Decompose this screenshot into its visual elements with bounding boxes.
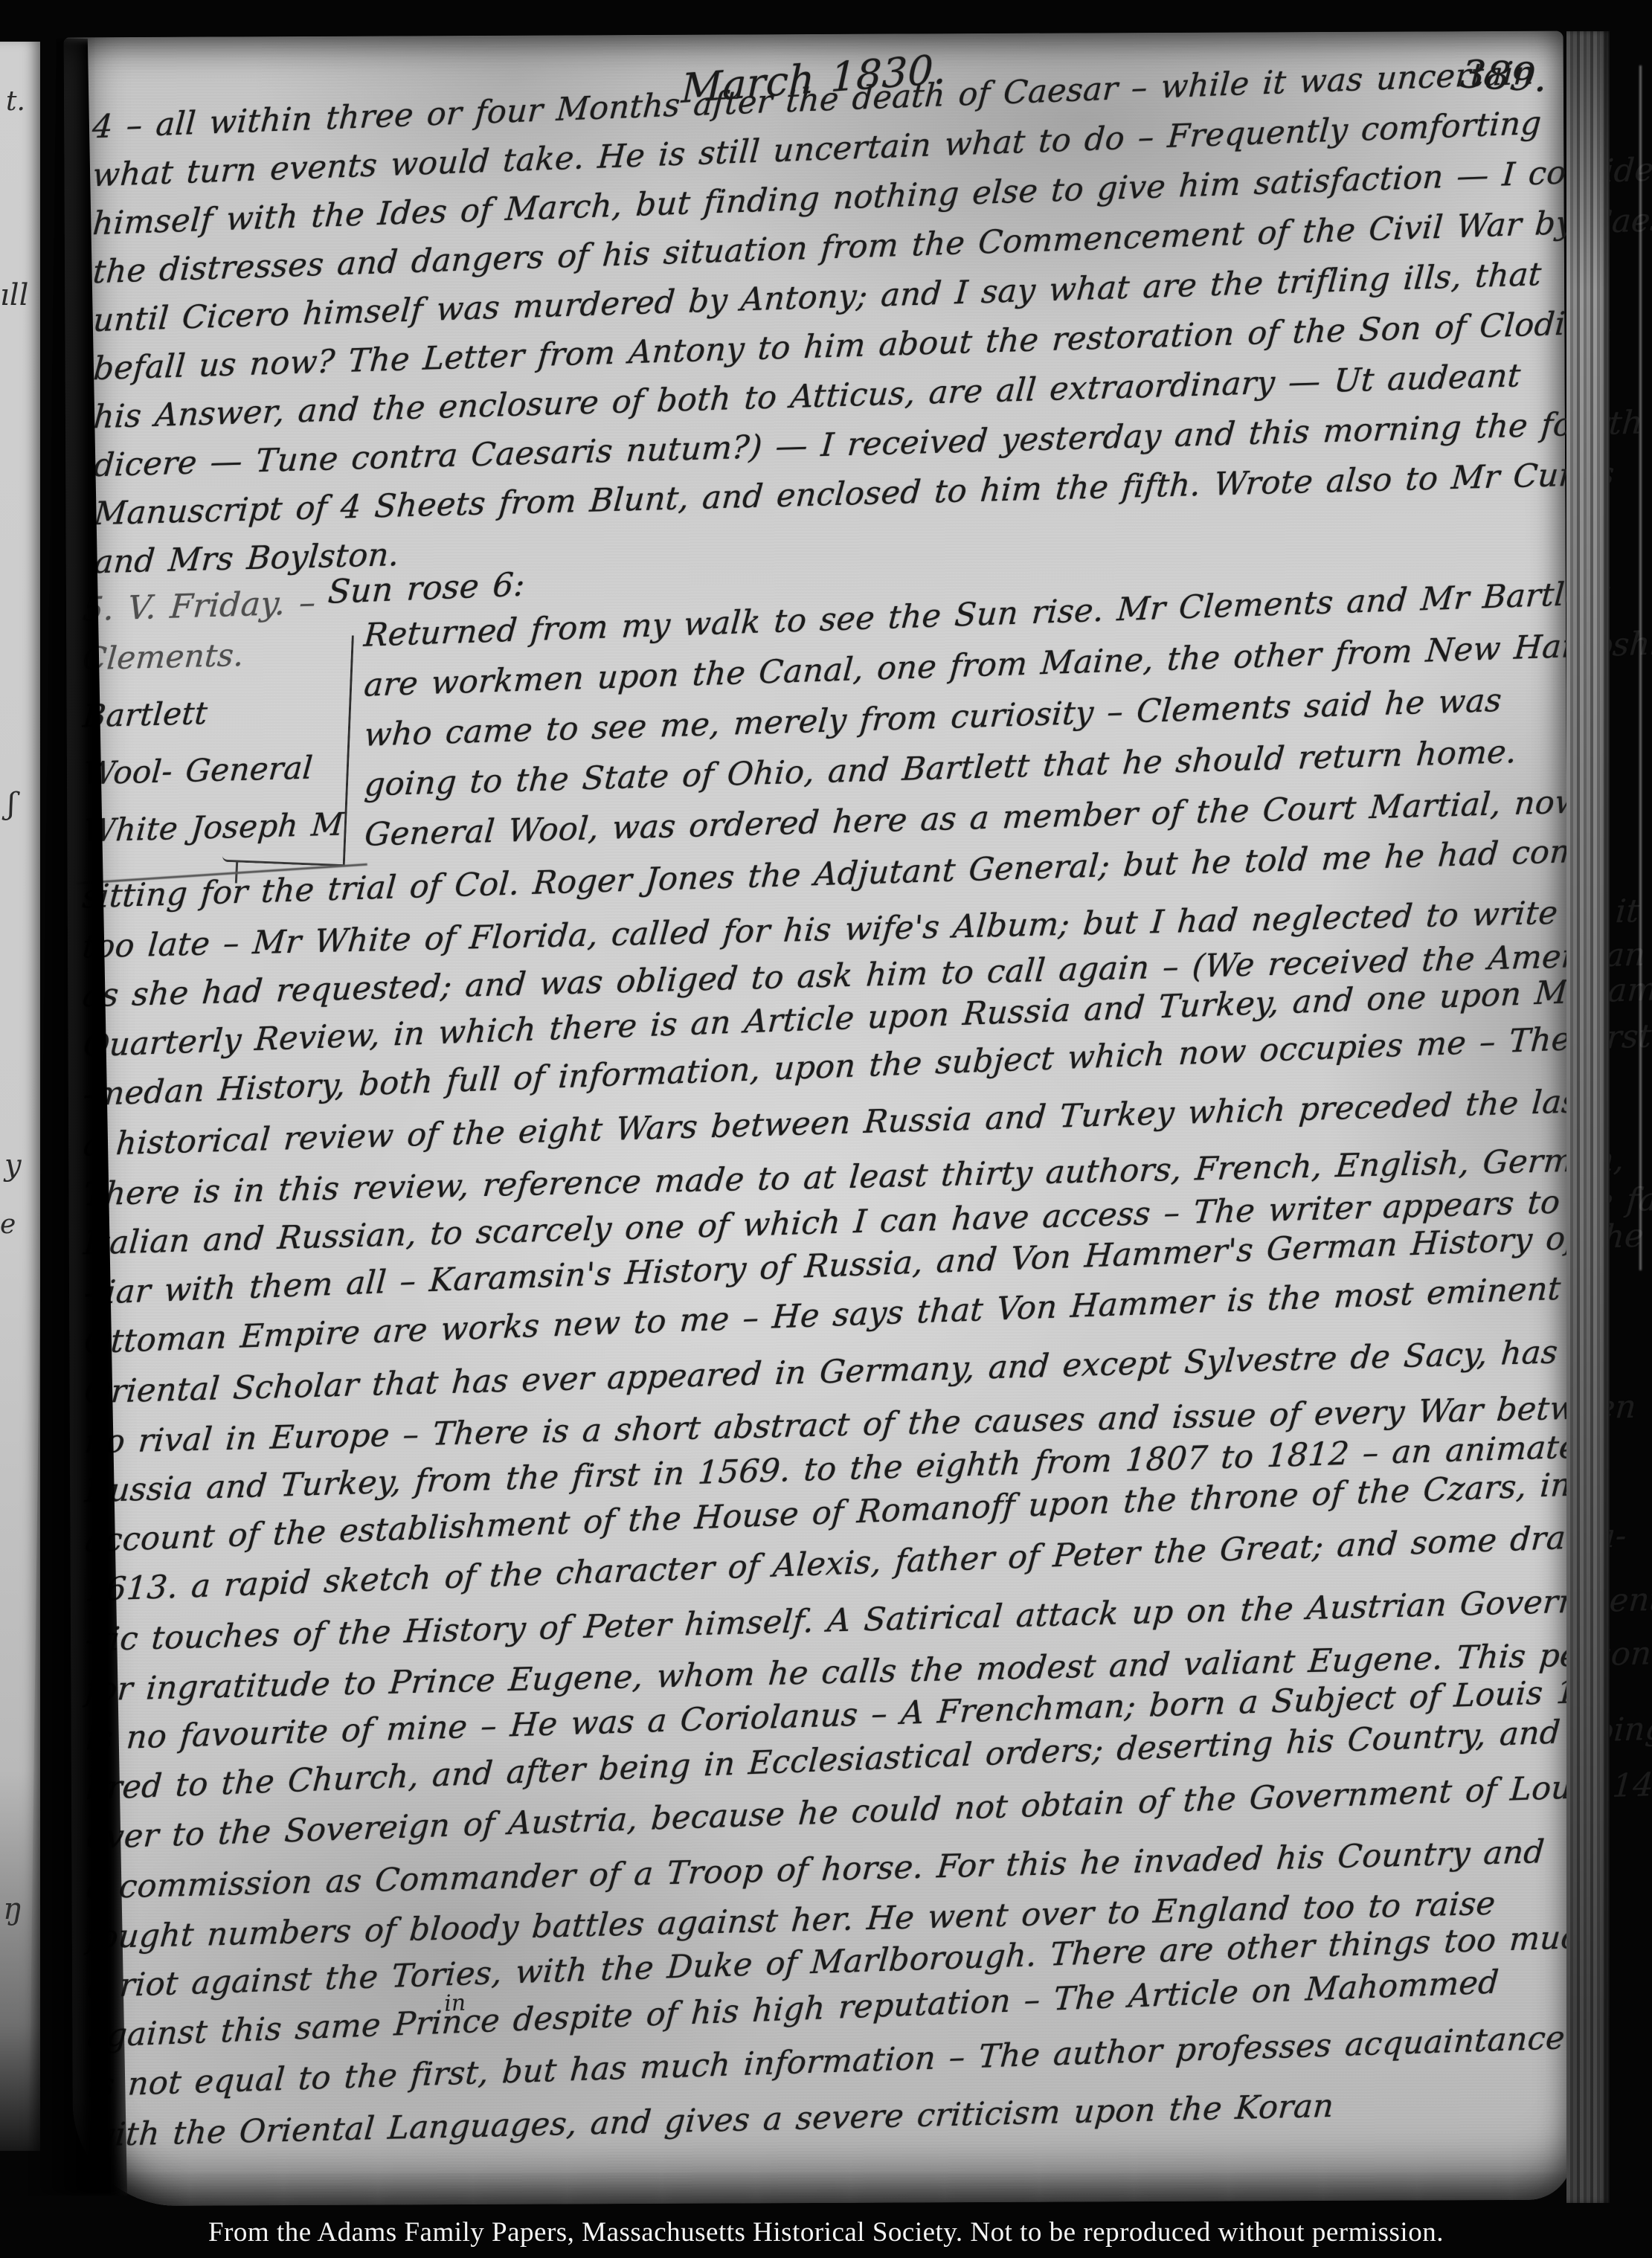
entry-line: with the Oriental Languages, and gives a…	[86, 2091, 1335, 2152]
manuscript-scan: t.ıllʃyeŋ March 1830. 389. 5. V. Friday.…	[0, 0, 1652, 2258]
entry-date-margin: 5. V. Friday. –	[81, 587, 317, 627]
facing-page-ink-fragment: t.	[6, 86, 25, 117]
facing-page-ink-fragment: e	[0, 1209, 16, 1240]
scan-edge-hairline	[1639, 65, 1642, 1270]
entry-sunrise-note: Sun rose 6:	[327, 568, 526, 609]
facing-page-ink-fragment: ʃ	[7, 787, 16, 821]
margin-name: Bartlett	[82, 698, 209, 732]
margin-name: Clements.	[82, 640, 245, 675]
manuscript-page: March 1830. 389. 5. V. Friday. – Sun ros…	[64, 31, 1573, 2207]
margin-name: Wool- General	[82, 752, 314, 789]
margin-name: White Joseph M	[83, 808, 345, 846]
opening-line: and Mrs Boylston.	[93, 539, 400, 579]
facing-page-ink-fragment: y	[4, 1148, 22, 1183]
facing-page-ink-fragment: ıll	[0, 278, 28, 312]
archive-credit-caption: From the Adams Family Papers, Massachuse…	[0, 2216, 1652, 2248]
facing-page-ink-fragment: ŋ	[3, 1892, 22, 1926]
book-page-edges	[1566, 31, 1610, 2203]
